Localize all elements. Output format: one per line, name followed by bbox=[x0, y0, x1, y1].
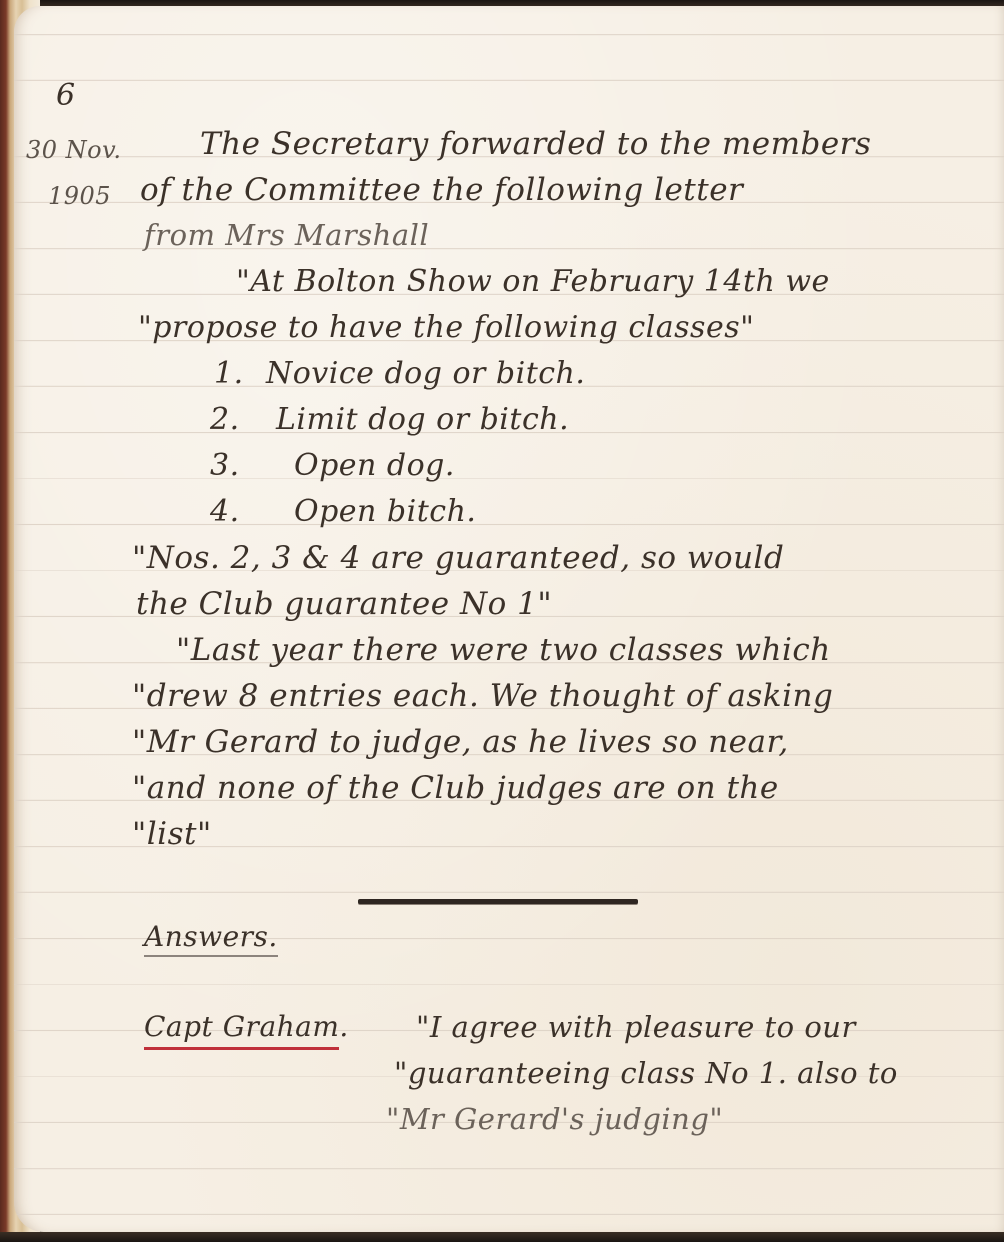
margin-date-year: 1905 bbox=[48, 182, 111, 210]
class-number: 2. bbox=[210, 402, 240, 437]
class-number: 1. bbox=[214, 356, 244, 391]
text-line: of the Committee the following letter bbox=[140, 172, 743, 208]
answer-respondent: Capt Graham. bbox=[144, 1010, 349, 1043]
margin-date-day: 30 Nov. bbox=[26, 136, 121, 164]
page-number: 6 bbox=[56, 78, 76, 113]
class-label: Open dog. bbox=[294, 448, 455, 483]
class-label: Novice dog or bitch. bbox=[266, 356, 585, 391]
class-label: Open bitch. bbox=[294, 494, 476, 529]
respondent-name: Capt Graham bbox=[144, 1010, 339, 1050]
answer-text-line: "I agree with pleasure to our bbox=[416, 1010, 856, 1044]
class-number: 3. bbox=[210, 448, 240, 483]
text-line: "propose to have the following classes" bbox=[138, 310, 754, 345]
answer-text-line: "guaranteeing class No 1. also to bbox=[394, 1056, 898, 1090]
answers-heading-text: Answers. bbox=[144, 920, 278, 957]
notebook-page: 6 30 Nov. 1905 The Secretary forwarded t… bbox=[14, 6, 1004, 1232]
text-line: "list" bbox=[132, 816, 212, 852]
text-line: "drew 8 entries each. We thought of aski… bbox=[132, 678, 833, 714]
text-line: "Mr Gerard to judge, as he lives so near… bbox=[132, 724, 789, 760]
section-divider-line bbox=[358, 899, 638, 904]
book-cover-bottom bbox=[0, 1232, 1004, 1242]
answers-heading: Answers. bbox=[144, 920, 278, 953]
text-line: The Secretary forwarded to the members bbox=[200, 126, 871, 162]
text-line: "Nos. 2, 3 & 4 are guaranteed, so would bbox=[132, 540, 784, 576]
text-line: "Last year there were two classes which bbox=[176, 632, 831, 668]
text-line: "At Bolton Show on February 14th we bbox=[236, 264, 830, 299]
text-line: the Club guarantee No 1" bbox=[136, 586, 552, 622]
respondent-separator: . bbox=[339, 1010, 348, 1043]
class-number: 4. bbox=[210, 494, 240, 529]
text-line: "and none of the Club judges are on the bbox=[132, 770, 779, 806]
class-label: Limit dog or bitch. bbox=[276, 402, 569, 437]
text-line: from Mrs Marshall bbox=[144, 218, 429, 252]
answer-text-line: "Mr Gerard's judging" bbox=[386, 1102, 723, 1136]
